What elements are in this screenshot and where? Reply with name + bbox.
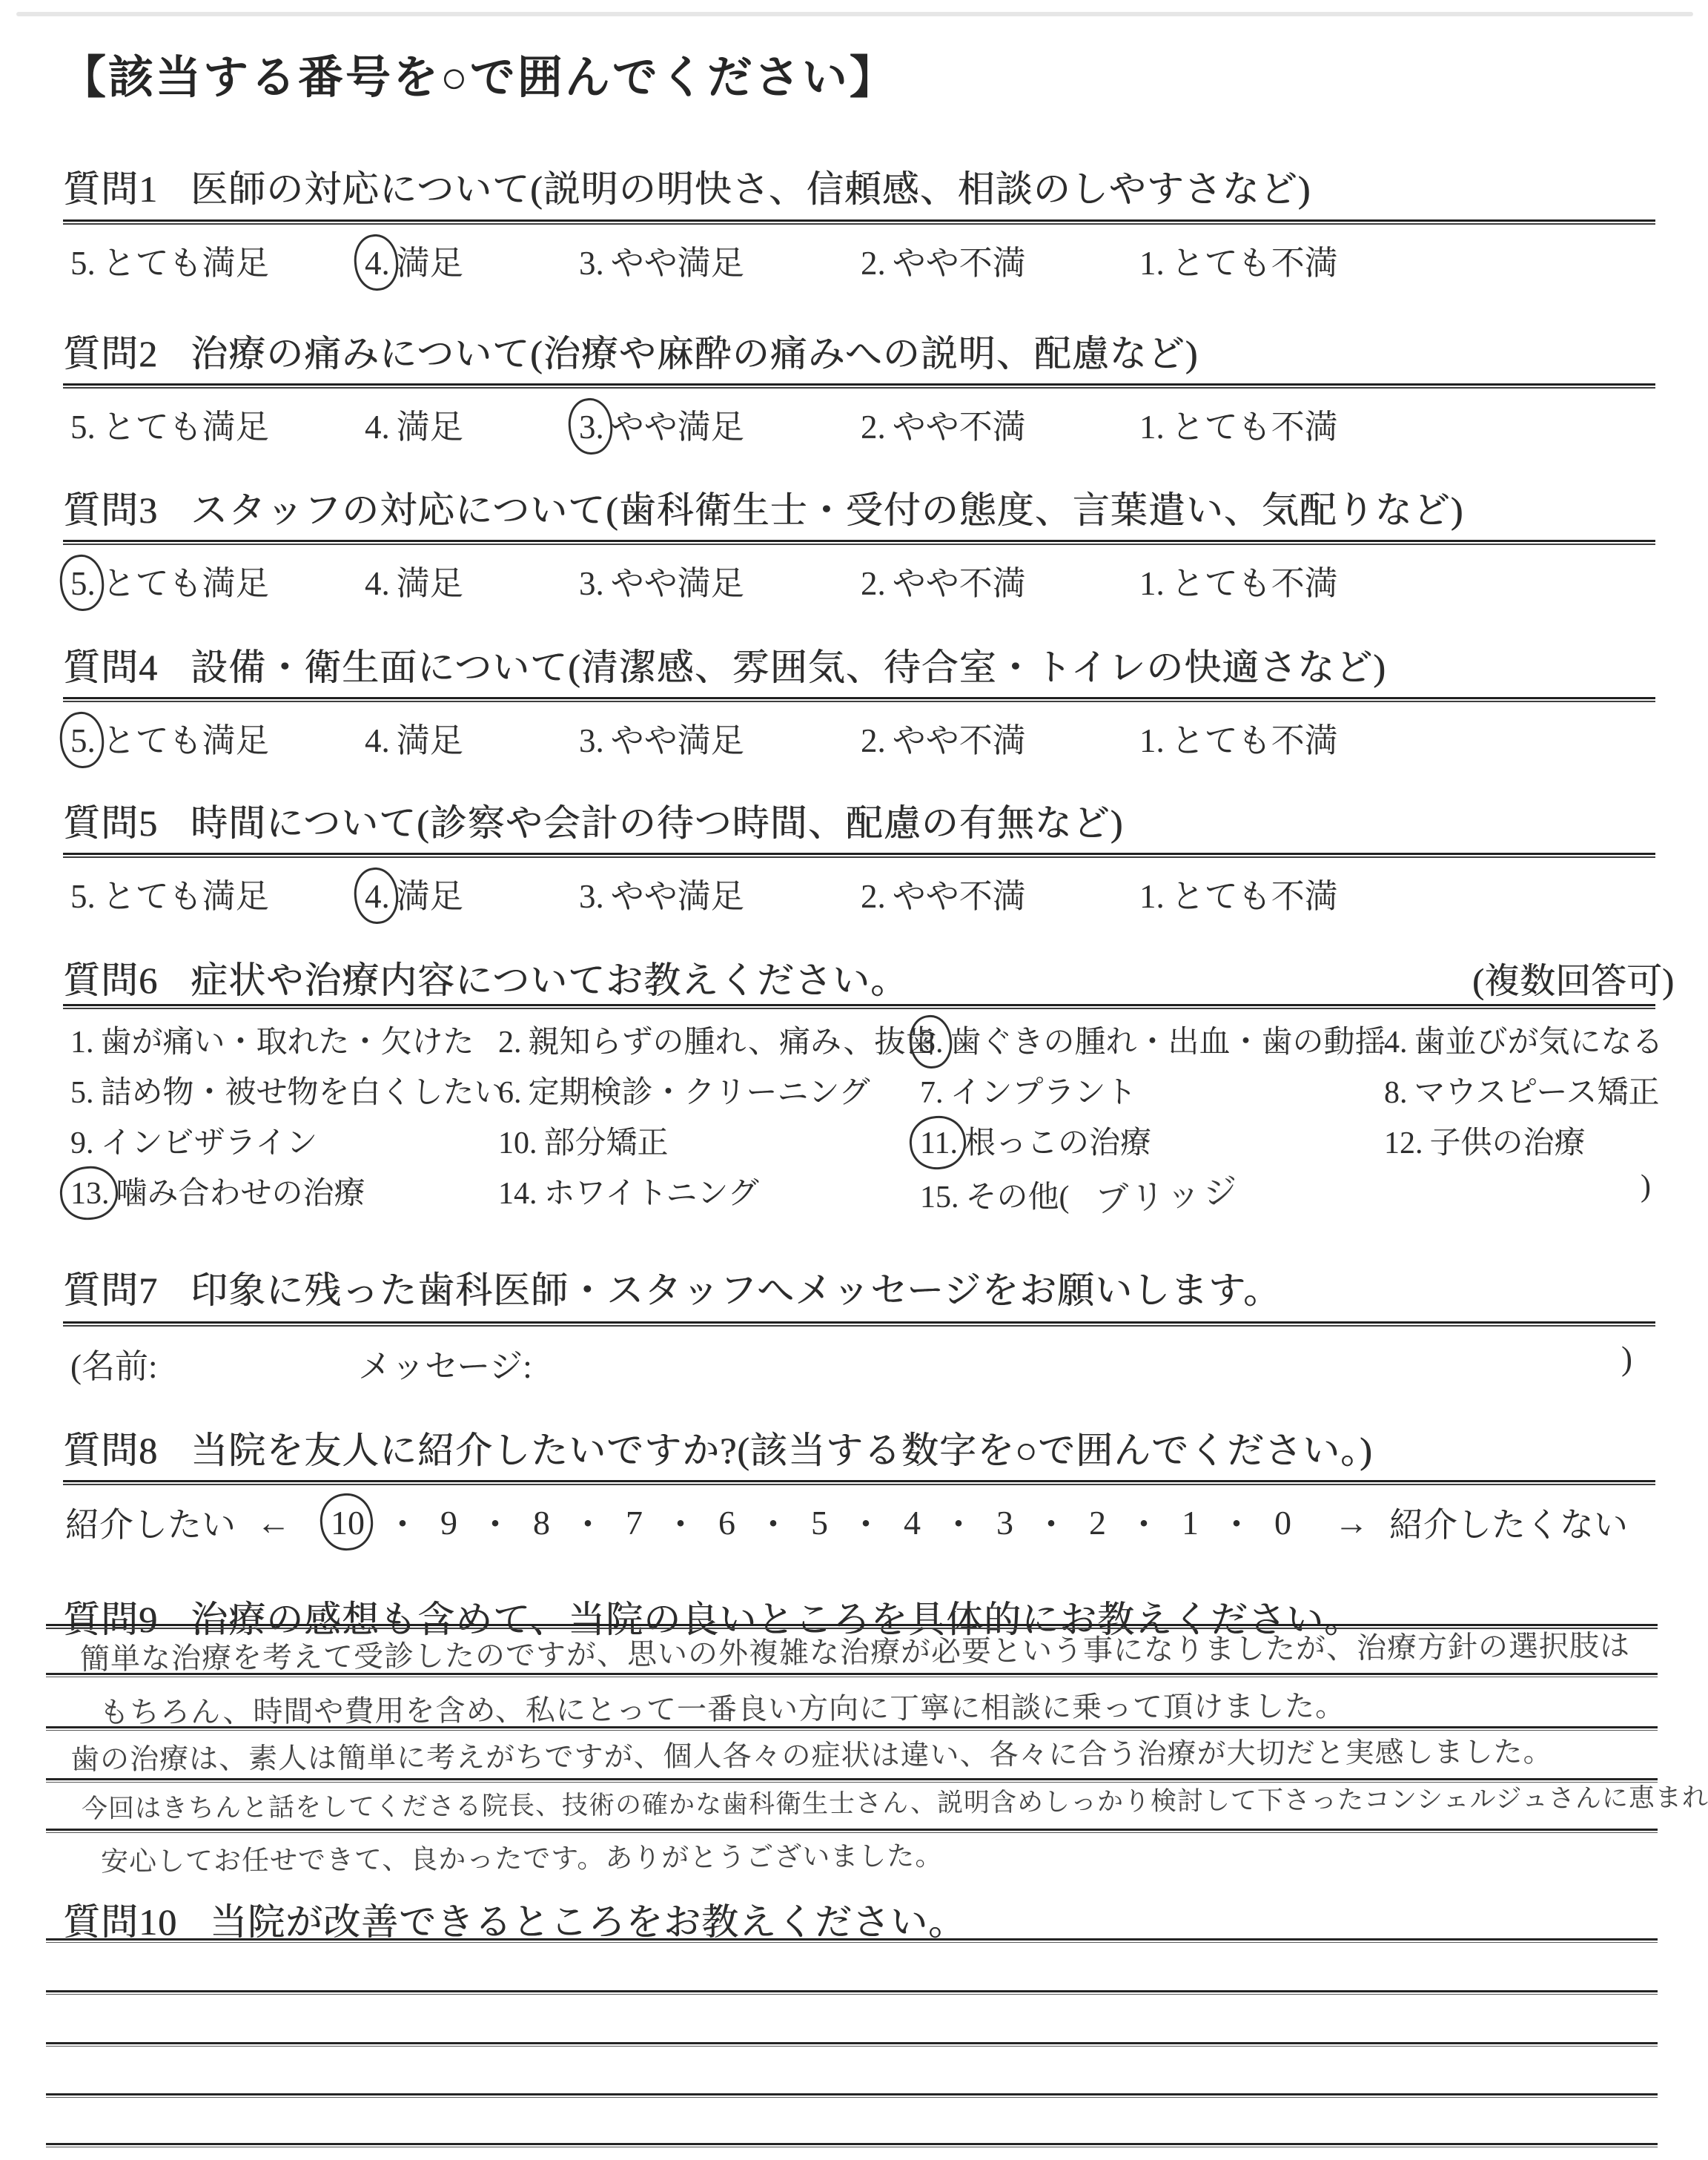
scale-dot: ・ bbox=[756, 1498, 790, 1547]
question-title: 時間について(診察や会計の待つ時間、配慮の有無など) bbox=[191, 802, 1123, 844]
scale-dot: ・ bbox=[663, 1498, 698, 1547]
option-label: 歯ぐきの腫れ・出血・歯の動揺 bbox=[950, 1025, 1386, 1060]
sat-option: 3.やや満足 bbox=[579, 236, 744, 284]
option-label: やや不満 bbox=[893, 409, 1026, 446]
sat-option: 1.とても不満 bbox=[1139, 556, 1338, 604]
option-number: 2. bbox=[861, 245, 886, 282]
option-number: 4. bbox=[365, 877, 390, 916]
answer-line bbox=[46, 2042, 1658, 2047]
option-number: 1. bbox=[1139, 409, 1165, 446]
scale-dot: ・ bbox=[1219, 1498, 1254, 1547]
question-number: 質問9 bbox=[63, 1599, 158, 1640]
option-label: 詰め物・被せ物を白くしたい bbox=[101, 1076, 506, 1110]
option-number: 4. bbox=[365, 722, 390, 759]
option-label: とても満足 bbox=[102, 565, 269, 602]
rule-line bbox=[63, 697, 1655, 702]
sat-option: 1.とても不満 bbox=[1139, 869, 1338, 917]
option-number: 8. bbox=[1384, 1076, 1408, 1110]
symptom-option: 3.歯ぐきの腫れ・出血・歯の動揺 bbox=[920, 1017, 1386, 1062]
option-label: やや満足 bbox=[611, 722, 744, 759]
question-6-heading: 質問6症状や治療内容についてお教えください。 bbox=[63, 951, 908, 1004]
option-number: 11. bbox=[920, 1126, 958, 1161]
scale-number: 10 bbox=[331, 1503, 365, 1542]
question-number: 質問3 bbox=[63, 489, 158, 531]
symptom-option: 2.親知らずの腫れ、痛み、抜歯 bbox=[498, 1017, 937, 1062]
option-label: インビザライン bbox=[101, 1126, 318, 1160]
sat-option: 3.やや満足 bbox=[579, 556, 744, 604]
option-label: 満足 bbox=[397, 878, 463, 915]
nps-left-label: 紹介したい bbox=[65, 1498, 236, 1547]
option-number: 3. bbox=[579, 878, 604, 915]
option-label: 部分矯正 bbox=[544, 1126, 669, 1160]
scale-dot: ・ bbox=[478, 1498, 512, 1547]
option-number: 5. bbox=[70, 1076, 94, 1110]
option-label: とても不満 bbox=[1171, 878, 1338, 915]
option-label: やや不満 bbox=[893, 565, 1026, 602]
option-label: 噛み合わせの治療 bbox=[116, 1177, 365, 1211]
survey-scan-page: 【該当する番号を○で囲んでください】 質問1医師の対応について(説明の明快さ、信… bbox=[0, 0, 1708, 2160]
option-number: 5. bbox=[70, 245, 96, 282]
option-number: 5. bbox=[70, 878, 96, 915]
question-number: 質問8 bbox=[63, 1430, 158, 1471]
question-title: スタッフの対応について(歯科衛生士・受付の態度、言葉遣い、気配りなど) bbox=[191, 489, 1463, 531]
answer-line bbox=[46, 1938, 1658, 1943]
question-8-heading: 質問8当院を友人に紹介したいですか?(該当する数字を○で囲んでください。) bbox=[63, 1421, 1373, 1474]
option-label: インプラント bbox=[950, 1076, 1137, 1110]
sat-option: 2.やや不満 bbox=[861, 869, 1026, 917]
rule-line bbox=[63, 1480, 1655, 1485]
handwritten-line: 安心してお任せできて、良かったです。ありがとうございました。 bbox=[101, 1833, 944, 1879]
option-number: 10. bbox=[498, 1126, 537, 1160]
sat-option: 2.やや不満 bbox=[861, 236, 1026, 284]
answer-line bbox=[46, 2143, 1658, 2147]
option-label: とても満足 bbox=[102, 878, 269, 915]
question-title: 当院が改善できるところをお教えください。 bbox=[210, 1901, 966, 1943]
arrow-left-icon: ← bbox=[256, 1503, 291, 1542]
option-number: 1. bbox=[70, 1025, 94, 1060]
symptom-option: 15.その他(ブリッジ bbox=[920, 1169, 1240, 1218]
question-title: 治療の痛みについて(治療や麻酔の痛みへの説明、配慮など) bbox=[191, 333, 1198, 374]
option-number: 2. bbox=[498, 1025, 522, 1060]
question-number: 質問7 bbox=[63, 1269, 158, 1311]
symptom-option: 11.根っこの治療 bbox=[920, 1118, 1151, 1163]
symptom-option: 13.噛み合わせの治療 bbox=[70, 1169, 365, 1213]
option-label: やや不満 bbox=[893, 245, 1026, 282]
option-number: 7. bbox=[920, 1076, 944, 1110]
option-number: 3. bbox=[920, 1025, 944, 1060]
scale-dot: ・ bbox=[849, 1498, 883, 1547]
option-label: 子供の治療 bbox=[1430, 1126, 1586, 1160]
sat-option: 1.とても不満 bbox=[1139, 713, 1338, 762]
scale-number: 0 bbox=[1274, 1503, 1291, 1542]
option-label: とても不満 bbox=[1171, 722, 1338, 759]
option-number: 3. bbox=[579, 722, 604, 759]
symptom-option: 7.インプラント bbox=[920, 1068, 1137, 1112]
symptom-option: 6.定期検診・クリーニング bbox=[498, 1068, 870, 1112]
option-number: 3. bbox=[579, 245, 604, 282]
option-label: 親知らずの腫れ、痛み、抜歯 bbox=[529, 1025, 937, 1060]
option-number: 5. bbox=[70, 564, 96, 603]
scale-dot: ・ bbox=[1127, 1498, 1161, 1547]
option-number: 12. bbox=[1384, 1126, 1423, 1160]
answer-line bbox=[46, 2093, 1658, 2098]
sat-option: 3.やや満足 bbox=[579, 713, 744, 762]
scale-number: 5 bbox=[811, 1503, 828, 1542]
question-number: 質問1 bbox=[63, 168, 158, 210]
handwritten-line: もちろん、時間や費用を含め、私にとって一番良い方向に丁寧に相談に乗って頂けました… bbox=[99, 1682, 1345, 1731]
multi-answer-note: (複数回答可) bbox=[1472, 952, 1674, 1003]
option-label: とても不満 bbox=[1171, 409, 1338, 446]
scale-dot: ・ bbox=[571, 1498, 605, 1547]
option-number: 15. bbox=[920, 1180, 959, 1215]
answer-line bbox=[46, 1829, 1658, 1833]
option-label: 満足 bbox=[397, 565, 463, 602]
question-title: 設備・衛生面について(清潔感、雰囲気、待合室・トイレの快適さなど) bbox=[191, 647, 1386, 688]
option-number: 14. bbox=[498, 1177, 537, 1211]
question-4-heading: 質問4設備・衛生面について(清潔感、雰囲気、待合室・トイレの快適さなど) bbox=[63, 638, 1386, 691]
nps-scale-row: 紹介したい ← 10 ・ 9 ・ 8 ・ 7 ・ 6 ・ 5 ・ 4 ・ 3 ・… bbox=[65, 1498, 1628, 1547]
question-number: 質問4 bbox=[63, 647, 158, 688]
option-number: 4. bbox=[365, 565, 390, 602]
sat-option: 3.やや満足 bbox=[579, 400, 744, 448]
option-label: 歯並びが気になる bbox=[1414, 1025, 1664, 1060]
question-title: 印象に残った歯科医師・スタッフへメッセージをお願いします。 bbox=[191, 1269, 1281, 1311]
question-title: 医師の対応について(説明の明快さ、信頼感、相談のしやすさなど) bbox=[191, 168, 1311, 210]
option-number: 2. bbox=[861, 565, 886, 602]
option-number: 2. bbox=[861, 409, 886, 446]
option-label: その他( bbox=[966, 1180, 1070, 1215]
sat-option: 2.やや不満 bbox=[861, 713, 1026, 762]
question-number: 質問10 bbox=[63, 1901, 177, 1943]
option-number: 2. bbox=[861, 722, 886, 759]
sat-option: 4.満足 bbox=[365, 713, 463, 762]
sat-option: 4.満足 bbox=[365, 236, 463, 284]
question-2-heading: 質問2治療の痛みについて(治療や麻酔の痛みへの説明、配慮など) bbox=[63, 324, 1198, 377]
option-label: やや満足 bbox=[611, 565, 744, 602]
option-number: 5. bbox=[70, 721, 96, 760]
option-number: 3. bbox=[579, 408, 604, 446]
rule-line bbox=[63, 1004, 1655, 1009]
scale-number: 2 bbox=[1089, 1503, 1106, 1542]
scale-number: 4 bbox=[904, 1503, 921, 1542]
option-label: 定期検診・クリーニング bbox=[529, 1076, 870, 1110]
scan-artifact-line bbox=[16, 12, 1693, 16]
question-5-heading: 質問5時間について(診察や会計の待つ時間、配慮の有無など) bbox=[63, 793, 1123, 847]
option-number: 4. bbox=[1384, 1025, 1408, 1060]
handwritten-line: 今回はきちんと話をしてくださる院長、技術の確かな歯科衛生士さん、説明含めしっかり… bbox=[82, 1777, 1708, 1826]
question-7-heading: 質問7印象に残った歯科医師・スタッフへメッセージをお願いします。 bbox=[63, 1261, 1281, 1314]
scale-number: 9 bbox=[440, 1503, 457, 1542]
arrow-right-icon: → bbox=[1334, 1503, 1368, 1542]
symptom-option: 5.詰め物・被せ物を白くしたい bbox=[70, 1068, 506, 1112]
nps-right-label: 紹介したくない bbox=[1389, 1498, 1628, 1547]
symptom-option: 4.歯並びが気になる bbox=[1384, 1017, 1664, 1062]
option-number: 1. bbox=[1139, 878, 1165, 915]
option-number: 6. bbox=[498, 1076, 522, 1110]
option-label: とても満足 bbox=[102, 245, 269, 282]
rule-line bbox=[63, 853, 1655, 858]
option-number: 13. bbox=[70, 1176, 110, 1212]
scale-number: 3 bbox=[996, 1503, 1013, 1542]
scale-number: 1 bbox=[1182, 1503, 1199, 1542]
option-label: とても満足 bbox=[102, 722, 269, 759]
option-label: やや満足 bbox=[611, 878, 744, 915]
option-label: とても不満 bbox=[1171, 565, 1338, 602]
option-label: やや満足 bbox=[611, 409, 744, 446]
option-number: 1. bbox=[1139, 565, 1165, 602]
option-number: 1. bbox=[1139, 722, 1165, 759]
name-label: (名前: bbox=[70, 1339, 158, 1387]
sat-option: 5.とても満足 bbox=[70, 400, 269, 448]
sat-option: 5.とても満足 bbox=[70, 713, 269, 762]
option-label: 満足 bbox=[397, 409, 463, 446]
option-number: 9. bbox=[70, 1126, 94, 1160]
answer-line bbox=[46, 1673, 1658, 1677]
question-title: 当院を友人に紹介したいですか?(該当する数字を○で囲んでください。) bbox=[191, 1430, 1373, 1471]
question-number: 質問2 bbox=[63, 333, 158, 374]
option-label: やや不満 bbox=[893, 878, 1026, 915]
symptom-option: 14.ホワイトニング bbox=[498, 1169, 759, 1213]
rule-line bbox=[63, 383, 1655, 389]
question-number: 質問6 bbox=[63, 960, 158, 1001]
close-paren: ) bbox=[1641, 1169, 1651, 1204]
scale-dot: ・ bbox=[1034, 1498, 1068, 1547]
handwritten-other-answer: ブリッジ bbox=[1093, 1163, 1241, 1223]
rule-line bbox=[63, 540, 1655, 545]
question-3-heading: 質問3スタッフの対応について(歯科衛生士・受付の態度、言葉遣い、気配りなど) bbox=[63, 480, 1463, 534]
sat-option: 3.やや満足 bbox=[579, 869, 744, 917]
option-number: 4. bbox=[365, 409, 390, 446]
option-label: 満足 bbox=[397, 245, 463, 282]
sat-option: 2.やや不満 bbox=[861, 400, 1026, 448]
doc-title: 【該当する番号を○で囲んでください】 bbox=[61, 42, 897, 106]
sat-option: 4.満足 bbox=[365, 400, 463, 448]
sat-option: 2.やや不満 bbox=[861, 556, 1026, 604]
option-label: やや満足 bbox=[611, 245, 744, 282]
option-number: 3. bbox=[579, 565, 604, 602]
symptom-option: 8.マウスピース矯正 bbox=[1384, 1068, 1659, 1112]
message-label: メッセージ: bbox=[358, 1339, 532, 1387]
answer-line bbox=[46, 1990, 1658, 1995]
option-number: 4. bbox=[365, 244, 390, 283]
question-1-heading: 質問1医師の対応について(説明の明快さ、信頼感、相談のしやすさなど) bbox=[63, 159, 1311, 213]
scale-number: 8 bbox=[533, 1503, 550, 1542]
sat-option: 1.とても不満 bbox=[1139, 236, 1338, 284]
option-number: 1. bbox=[1139, 245, 1165, 282]
sat-option: 4.満足 bbox=[365, 556, 463, 604]
rule-line bbox=[63, 1321, 1655, 1327]
rule-line bbox=[63, 219, 1655, 225]
option-label: とても不満 bbox=[1171, 245, 1338, 282]
question-title: 症状や治療内容についてお教えください。 bbox=[191, 960, 908, 1001]
option-label: やや不満 bbox=[893, 722, 1026, 759]
scale-dot: ・ bbox=[385, 1498, 420, 1547]
option-label: とても満足 bbox=[102, 409, 269, 446]
handwritten-line: 歯の治療は、素人は簡単に考えがちですが、個人各々の症状は違い、各々に合う治療が大… bbox=[70, 1729, 1553, 1778]
symptom-option: 1.歯が痛い・取れた・欠けた bbox=[70, 1017, 474, 1062]
close-paren: ) bbox=[1621, 1339, 1632, 1378]
sat-option: 5.とても満足 bbox=[70, 556, 269, 604]
sat-option: 5.とても満足 bbox=[70, 236, 269, 284]
scale-dot: ・ bbox=[941, 1498, 976, 1547]
option-label: 根っこの治療 bbox=[964, 1126, 1151, 1160]
option-label: 歯が痛い・取れた・欠けた bbox=[101, 1025, 474, 1060]
scale-number: 7 bbox=[626, 1503, 643, 1542]
symptom-option: 12.子供の治療 bbox=[1384, 1118, 1586, 1163]
sat-option: 5.とても満足 bbox=[70, 869, 269, 917]
sat-option: 4.満足 bbox=[365, 869, 463, 917]
option-number: 5. bbox=[70, 409, 96, 446]
scale-number: 6 bbox=[718, 1503, 735, 1542]
option-label: マウスピース矯正 bbox=[1414, 1076, 1660, 1110]
option-label: ホワイトニング bbox=[544, 1177, 759, 1211]
sat-option: 1.とても不満 bbox=[1139, 400, 1338, 448]
symptom-option: 9.インビザライン bbox=[70, 1118, 317, 1163]
option-label: 満足 bbox=[397, 722, 463, 759]
symptom-option: 10.部分矯正 bbox=[498, 1118, 669, 1163]
question-number: 質問5 bbox=[63, 802, 158, 844]
option-number: 2. bbox=[861, 878, 886, 915]
